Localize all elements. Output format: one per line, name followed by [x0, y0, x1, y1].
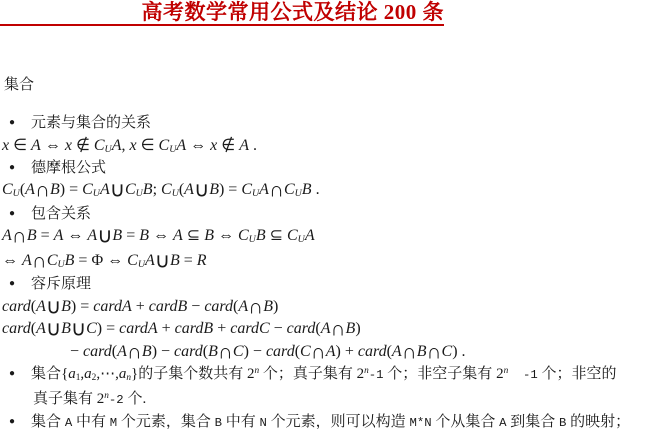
- formula-inclusion-line1: A∩B = A ⇔ A∪B = B ⇔ A ⊆ B ⇔ CUB ⊆ CUA: [2, 226, 315, 246]
- formula-inclusion-line2: ⇔ A∩CUB = Φ ⇔ CUA∪B = R: [2, 251, 207, 271]
- bullet-icon: ●: [9, 275, 15, 293]
- bullet-item-inclusion-exclusion: ●容斥原理: [9, 275, 91, 293]
- formula-card-three-sets-line1: card(A∪B∪C) = cardA + cardB + cardC − ca…: [2, 319, 361, 339]
- subset-count-text-line2: 真子集有 2n-2 个.: [33, 390, 146, 410]
- bullet-icon: ●: [9, 205, 15, 223]
- formula-card-two-sets: card(A∪B) = cardA + cardB − card(A∩B): [2, 297, 278, 317]
- bullet-item-mapping-count: ●集合 A 中有 M 个元素，集合 B 中有 N 个元素，则可以构造 M*N 个…: [9, 413, 630, 429]
- document-title-underline: 高考数学常用公式及结论 200 条: [0, 1, 444, 26]
- bullet-icon: ●: [9, 413, 15, 429]
- document-title: 高考数学常用公式及结论 200 条: [142, 0, 445, 24]
- bullet-label: 德摩根公式: [31, 160, 106, 176]
- formula-element-set: x ∈ A ⇔ x ∉ CUA, x ∈ CUA ⇔ x ∉ A .: [2, 136, 257, 156]
- formula-card-three-sets-line2: − card(A∩B) − card(B∩C) − card(C∩A) + ca…: [70, 342, 466, 362]
- bullet-icon: ●: [9, 365, 15, 383]
- bullet-label: 容斥原理: [31, 276, 91, 292]
- bullet-item-subset-count: ●集合{a1,a2,⋯,an}的子集个数共有 2n 个；真子集有 2n-1 个；…: [9, 365, 617, 385]
- bullet-item-element-set-relation: ●元素与集合的关系: [9, 114, 151, 132]
- document-page: 高考数学常用公式及结论 200 条 集合 ●元素与集合的关系 x ∈ A ⇔ x…: [0, 0, 650, 429]
- formula-de-morgan: CU(A∩B) = CUA∪CUB; CU(A∪B) = CUA∩CUB .: [2, 180, 320, 200]
- section-heading: 集合: [4, 76, 34, 94]
- bullet-icon: ●: [9, 159, 15, 177]
- bullet-item-inclusion: ●包含关系: [9, 205, 91, 223]
- bullet-icon: ●: [9, 114, 15, 132]
- bullet-label: 元素与集合的关系: [31, 115, 151, 131]
- subset-count-text-line1: 集合{a1,a2,⋯,an}的子集个数共有 2n 个；真子集有 2n-1 个；非…: [31, 366, 616, 382]
- bullet-item-de-morgan: ●德摩根公式: [9, 159, 106, 177]
- bullet-label: 包含关系: [31, 206, 91, 222]
- mapping-count-text: 集合 A 中有 M 个元素，集合 B 中有 N 个元素，则可以构造 M*N 个从…: [31, 414, 630, 429]
